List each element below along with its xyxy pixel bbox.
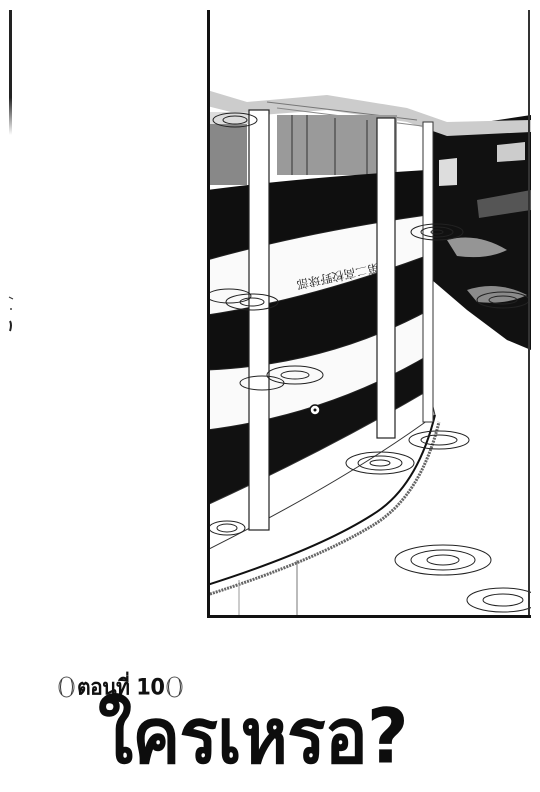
ink-smudge: [8, 295, 14, 335]
page-edge-line: [9, 10, 12, 135]
dugout-illustration: 第二高校野球部: [207, 10, 531, 618]
baseball-icon: [58, 676, 75, 698]
manga-panel: 第二高校野球部: [207, 10, 531, 618]
chapter-title: ใครเหรอ?: [98, 700, 408, 776]
